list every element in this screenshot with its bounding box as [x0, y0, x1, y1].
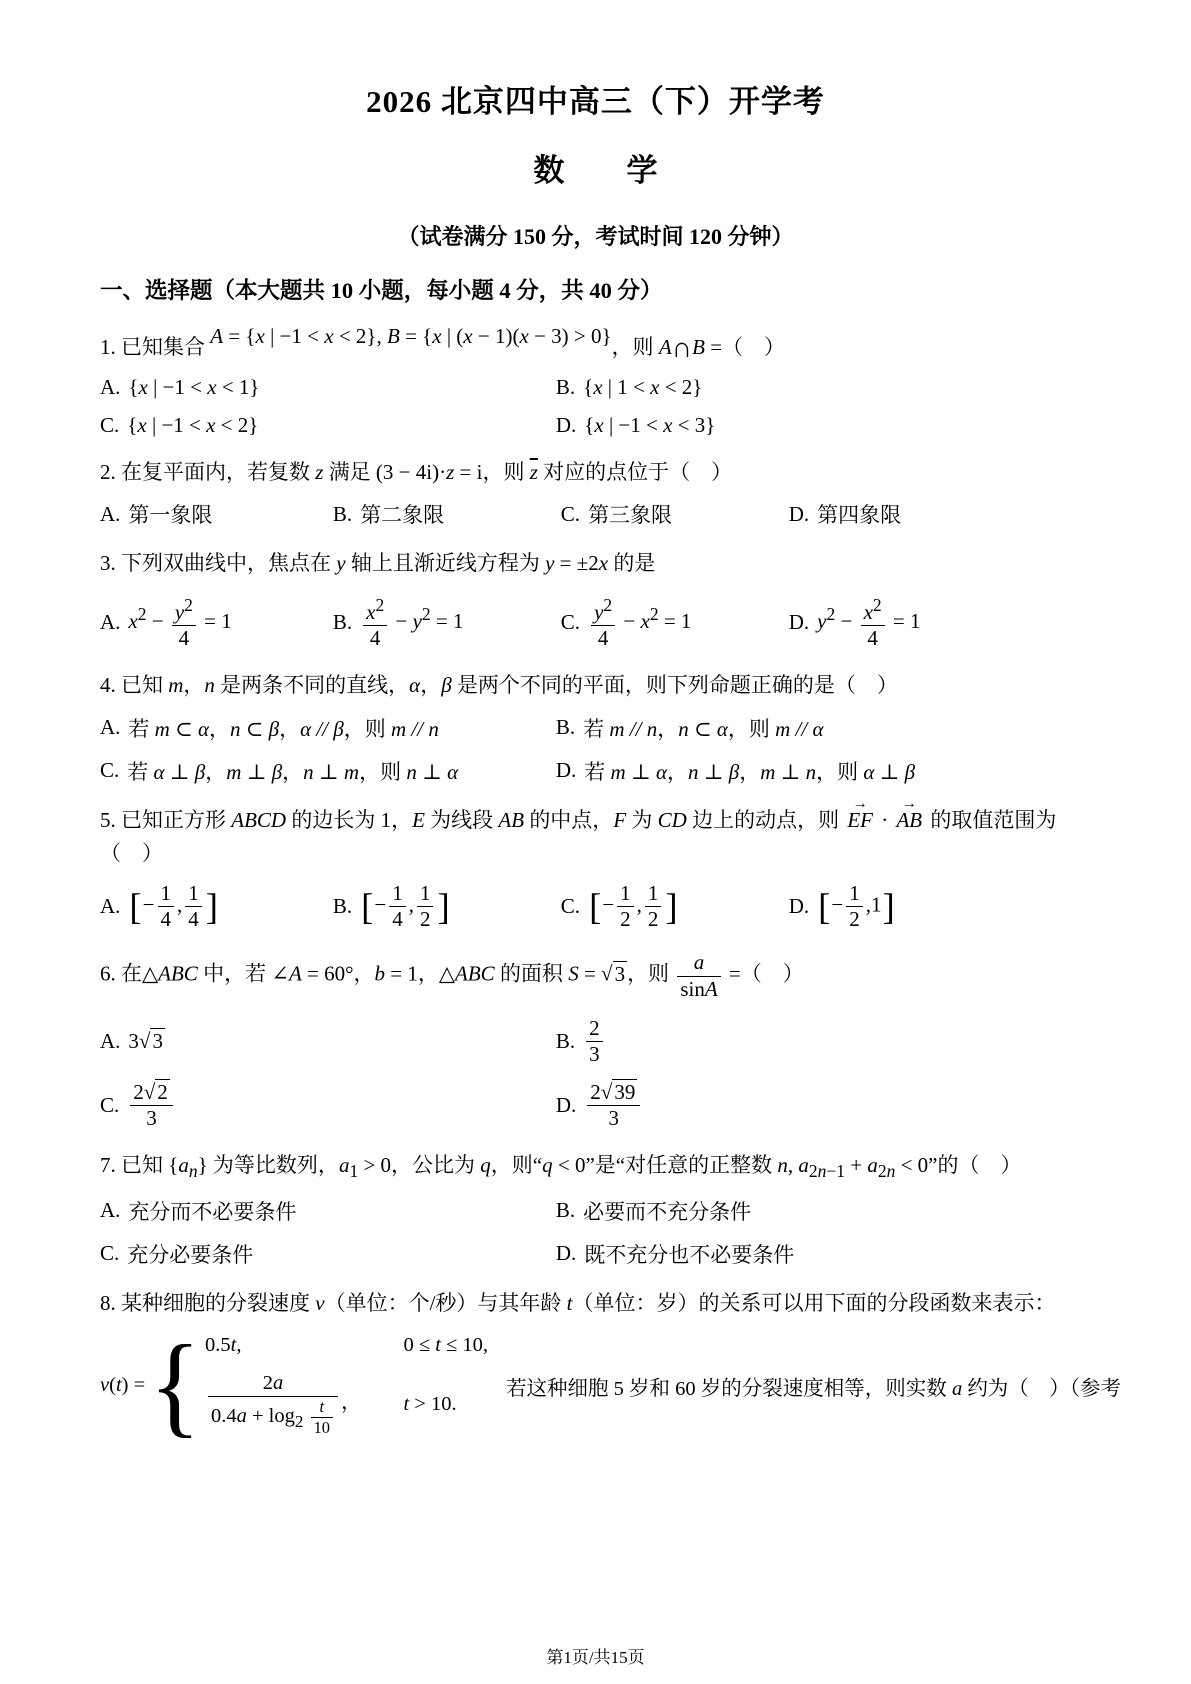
option-item: C.充分必要条件: [100, 1239, 556, 1269]
option-item: A.若 m ⊂ α，n ⊂ β，α // β，则 m // n: [100, 713, 556, 743]
option-item: D.[−12,1]: [789, 881, 1091, 932]
option-item: A.充分而不必要条件: [100, 1196, 556, 1226]
option-item: A.3√3: [100, 1016, 556, 1067]
option-body: 2√23: [127, 1080, 176, 1131]
question-8: 8. 某种细胞的分裂速度 v（单位：个/秒）与其年龄 t（单位：岁）的关系可以用…: [100, 1287, 1091, 1438]
option-label: A.: [100, 894, 120, 919]
option-body: 2√393: [584, 1080, 643, 1131]
option-body: [−12,1]: [817, 881, 896, 932]
option-body: 第二象限: [360, 499, 444, 529]
option-body: {x | −1 < x < 1}: [128, 375, 259, 400]
option-item: B.x24 − y2 = 1: [333, 595, 561, 651]
option-body: 既不充分也不必要条件: [584, 1239, 794, 1269]
option-label: B.: [556, 715, 575, 740]
case-expression: 0.5t,: [205, 1334, 361, 1357]
question-6-stem: 6. 在△ABC 中，若 ∠A = 60°，b = 1，△ABC 的面积 S =…: [100, 950, 1091, 1001]
option-item: C.第三象限: [561, 499, 789, 529]
option-label: B.: [333, 610, 352, 635]
piecewise-lhs: v(t) =: [100, 1374, 145, 1397]
option-body: [−14,12]: [360, 881, 451, 932]
option-label: B.: [333, 894, 352, 919]
exam-subject: 数 学: [100, 145, 1091, 190]
question-1: 1. 已知集合 A = {x | −1 < x < 2}, B = {x | (…: [100, 331, 1091, 438]
option-body: 3√3: [128, 1029, 165, 1054]
question-8-piecewise-function: v(t) = { 0.5t, 0 ≤ t ≤ 10, 2a0.4a + log2…: [100, 1334, 1091, 1437]
option-item: C.若 α ⊥ β，m ⊥ β，n ⊥ m，则 n ⊥ α: [100, 756, 556, 786]
option-body: 若 α ⊥ β，m ⊥ β，n ⊥ m，则 n ⊥ α: [127, 756, 458, 786]
question-4-options: A.若 m ⊂ α，n ⊂ β，α // β，则 m // n B.若 m //…: [100, 713, 1091, 786]
option-body: 若 m ⊂ α，n ⊂ β，α // β，则 m // n: [128, 713, 438, 743]
option-body: 充分必要条件: [127, 1239, 253, 1269]
left-brace: {: [149, 1335, 201, 1437]
case-condition: t > 10.: [403, 1393, 488, 1416]
question-7: 7. 已知 {an} 为等比数列，a1 > 0，公比为 q，则“q < 0”是“…: [100, 1149, 1091, 1268]
option-label: A.: [100, 375, 120, 400]
section-heading: 一、选择题（本大题共 10 小题，每小题 4 分，共 40 分）: [100, 273, 1091, 305]
option-item: D.第四象限: [789, 499, 1091, 529]
option-item: C.2√23: [100, 1080, 556, 1131]
option-body: 充分而不必要条件: [128, 1196, 296, 1226]
option-label: D.: [556, 1241, 576, 1266]
question-4-stem: 4. 已知 m，n 是两条不同的直线，α，β 是两个不同的平面，则下列命题正确的…: [100, 669, 1091, 703]
option-body: 第三象限: [588, 499, 672, 529]
question-4: 4. 已知 m，n 是两条不同的直线，α，β 是两个不同的平面，则下列命题正确的…: [100, 669, 1091, 786]
option-label: A.: [100, 1198, 120, 1223]
option-label: D.: [789, 610, 809, 635]
question-3-stem: 3. 下列双曲线中，焦点在 y 轴上且渐近线方程为 y = ±2x 的是: [100, 547, 1091, 581]
option-label: D.: [556, 758, 576, 783]
question-3: 3. 下列双曲线中，焦点在 y 轴上且渐近线方程为 y = ±2x 的是 A.x…: [100, 547, 1091, 651]
page-number-footer: 第1页/共15页: [0, 1643, 1191, 1668]
option-body: {x | −1 < x < 2}: [127, 413, 258, 438]
option-body: 第四象限: [817, 499, 901, 529]
option-body: x2 − y24 = 1: [128, 595, 231, 651]
question-6-options: A.3√3 B.23 C.2√23 D.2√393: [100, 1016, 1091, 1132]
q1-stem-prefix: 1. 已知集合: [100, 335, 205, 359]
option-label: B.: [556, 1198, 575, 1223]
question-8-stem: 8. 某种细胞的分裂速度 v（单位：个/秒）与其年龄 t（单位：岁）的关系可以用…: [100, 1287, 1091, 1321]
option-label: C.: [100, 413, 119, 438]
option-label: C.: [100, 1241, 119, 1266]
option-item: A.{x | −1 < x < 1}: [100, 375, 556, 400]
option-item: B.第二象限: [333, 499, 561, 529]
option-item: B.23: [556, 1016, 1091, 1067]
exam-meta: （试卷满分 150 分，考试时间 120 分钟）: [100, 220, 1091, 251]
question-6: 6. 在△ABC 中，若 ∠A = 60°，b = 1，△ABC 的面积 S =…: [100, 950, 1091, 1131]
option-label: D.: [556, 413, 576, 438]
option-label: C.: [100, 758, 119, 783]
question-1-options: A.{x | −1 < x < 1} B.{x | 1 < x < 2} C.{…: [100, 375, 1091, 438]
option-item: A.第一象限: [100, 499, 333, 529]
option-body: [−14,14]: [128, 881, 219, 932]
option-label: C.: [100, 1093, 119, 1118]
option-label: A.: [100, 610, 120, 635]
question-2: 2. 在复平面内，若复数 z 满足 (3 − 4i)·z = i，则 z 对应的…: [100, 456, 1091, 530]
option-label: A.: [100, 715, 120, 740]
option-item: A.x2 − y24 = 1: [100, 595, 333, 651]
option-item: D.若 m ⊥ α，n ⊥ β，m ⊥ n，则 α ⊥ β: [556, 756, 1091, 786]
option-body: y24 − x2 = 1: [588, 595, 691, 651]
option-body: {x | −1 < x < 3}: [584, 413, 715, 438]
option-label: D.: [556, 1093, 576, 1118]
case-expression: 2a0.4a + log2 t10，: [205, 1371, 361, 1437]
option-body: 若 m ⊥ α，n ⊥ β，m ⊥ n，则 α ⊥ β: [584, 756, 915, 786]
option-body: 必要而不充分条件: [583, 1196, 751, 1226]
option-item: D.2√393: [556, 1080, 1091, 1131]
question-5-options: A.[−14,14] B.[−14,12] C.[−12,12] D.[−12,…: [100, 881, 1091, 932]
question-8-continuation-text: 若这种细胞 5 岁和 60 岁的分裂速度相等，则实数 a 约为（ ）（参考: [506, 1371, 1121, 1401]
option-body: y2 − x24 = 1: [817, 595, 920, 651]
option-label: C.: [561, 894, 580, 919]
piecewise-cases: 0.5t, 0 ≤ t ≤ 10, 2a0.4a + log2 t10， t >…: [205, 1334, 488, 1437]
option-label: D.: [789, 894, 809, 919]
option-item: B.[−14,12]: [333, 881, 561, 932]
question-7-stem: 7. 已知 {an} 为等比数列，a1 > 0，公比为 q，则“q < 0”是“…: [100, 1149, 1091, 1185]
option-body: x24 − y2 = 1: [360, 595, 463, 651]
question-2-stem: 2. 在复平面内，若复数 z 满足 (3 − 4i)·z = i，则 z 对应的…: [100, 456, 1091, 490]
exam-page: 2026 北京四中高三（下）开学考 数 学 （试卷满分 150 分，考试时间 1…: [0, 0, 1191, 1684]
option-body: [−12,12]: [588, 881, 679, 932]
option-label: C.: [561, 502, 580, 527]
question-5: 5. 已知正方形 ABCD 的边长为 1，E 为线段 AB 的中点，F 为 CD…: [100, 804, 1091, 933]
option-label: A.: [100, 1029, 120, 1054]
exam-title: 2026 北京四中高三（下）开学考: [100, 0, 1091, 121]
question-7-options: A.充分而不必要条件 B.必要而不充分条件 C.充分必要条件 D.既不充分也不必…: [100, 1196, 1091, 1269]
q1-stem-suffix: ，则 A∩B =（ ）: [612, 335, 785, 359]
question-2-options: A.第一象限 B.第二象限 C.第三象限 D.第四象限: [100, 499, 1091, 529]
question-5-stem: 5. 已知正方形 ABCD 的边长为 1，E 为线段 AB 的中点，F 为 CD…: [100, 804, 1091, 871]
option-body: 第一象限: [128, 499, 212, 529]
option-item: D.{x | −1 < x < 3}: [556, 413, 1091, 438]
option-item: D.既不充分也不必要条件: [556, 1239, 1091, 1269]
option-label: B.: [333, 502, 352, 527]
option-body: 若 m // n，n ⊂ α，则 m // α: [583, 713, 823, 743]
option-item: D.y2 − x24 = 1: [789, 595, 1091, 651]
case-condition: 0 ≤ t ≤ 10,: [403, 1334, 488, 1357]
option-label: D.: [789, 502, 809, 527]
option-label: B.: [556, 375, 575, 400]
option-item: A.[−14,14]: [100, 881, 333, 932]
option-body: {x | 1 < x < 2}: [583, 375, 702, 400]
option-item: B.{x | 1 < x < 2}: [556, 375, 1091, 400]
option-item: B.若 m // n，n ⊂ α，则 m // α: [556, 713, 1091, 743]
option-label: B.: [556, 1029, 575, 1054]
question-3-options: A.x2 − y24 = 1 B.x24 − y2 = 1 C.y24 − x2…: [100, 595, 1091, 651]
question-1-stem: 1. 已知集合 A = {x | −1 < x < 2}, B = {x | (…: [100, 331, 1091, 365]
option-item: C.y24 − x2 = 1: [561, 595, 789, 651]
option-item: C.{x | −1 < x < 2}: [100, 413, 556, 438]
option-item: C.[−12,12]: [561, 881, 789, 932]
q1-set-formula: A = {x | −1 < x < 2}, B = {x | (x − 1)(x…: [210, 320, 611, 354]
option-label: C.: [561, 610, 580, 635]
option-label: A.: [100, 502, 120, 527]
option-body: 23: [583, 1016, 606, 1067]
option-item: B.必要而不充分条件: [556, 1196, 1091, 1226]
